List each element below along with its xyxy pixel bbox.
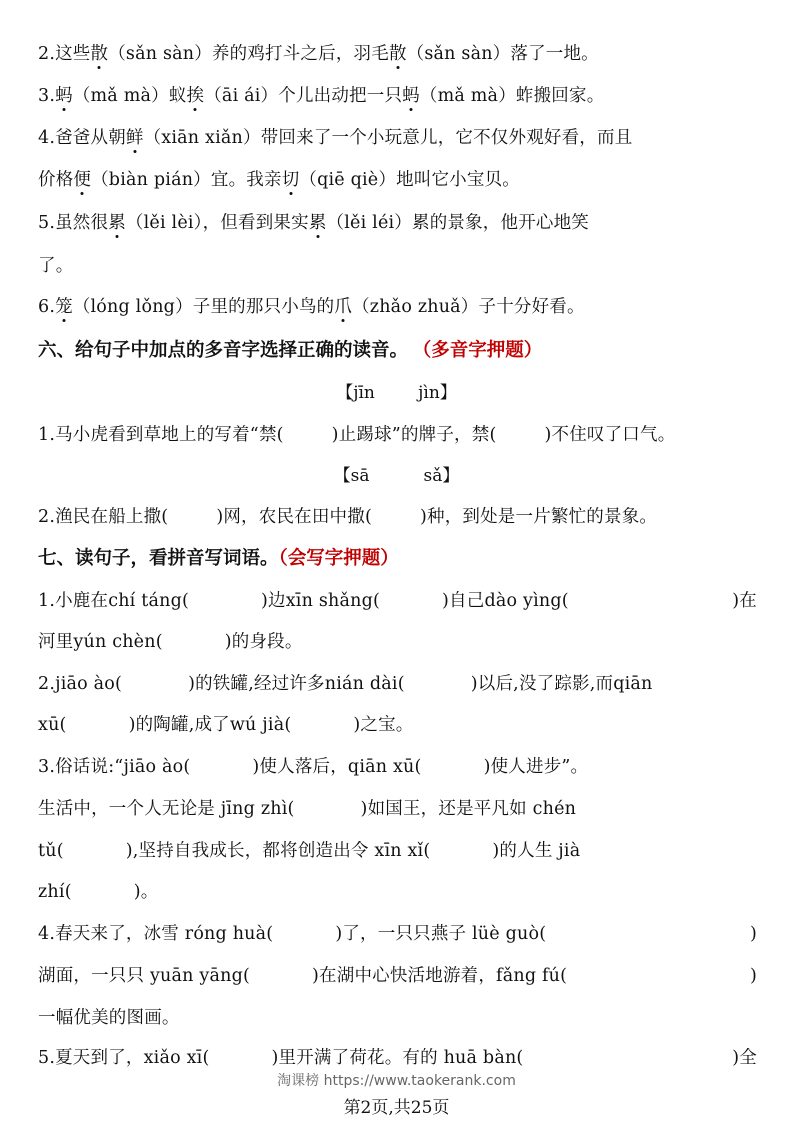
item-5-sentence-line2: 了。 <box>38 254 757 278</box>
text: 生活中，一个人无论是 jīng zhì( <box>38 799 295 819</box>
text: )不住叹了口气。 <box>544 425 675 445</box>
item-4-sentence-line2: 价格便（biàn pián）宜。我亲切（qiē qiè）地叫它小宝贝。 <box>38 168 757 192</box>
text: ) <box>750 964 757 988</box>
heading-text: 六、给句子中加点的多音字选择正确的读音。 <box>38 340 408 361</box>
text: 5.夏天到了，xiǎo xī( <box>38 1048 210 1068</box>
pinyin-options-jin: 【jīn jìn】 <box>0 381 793 405</box>
text: （lěi lèi），但看到果实 <box>126 213 309 233</box>
text: )之宝。 <box>353 715 413 735</box>
text: 2.渔民在船上撒( <box>38 507 168 527</box>
section-7-heading: 七、读句子，看拼音写词语。（会写字押题） <box>38 547 399 571</box>
page-number: 第2页,共25页 <box>0 1093 793 1118</box>
pinyin-options-sa: 【sā sǎ】 <box>0 464 793 488</box>
text: 湖面，一只只 yuān yāng( <box>38 966 250 986</box>
item-6-sentence: 6.笼（lóng lǒng）子里的那只小鸟的爪（zhǎo zhuǎ）子十分好看。 <box>38 295 757 319</box>
text: 河里yún chèn( <box>38 632 163 652</box>
item-5-sentence-line1: 5.虽然很累（lěi lèi），但看到果实累（lěi léi）累的景象，他开心地… <box>38 211 757 235</box>
text: （lóng lǒng）子里的那只小鸟的 <box>73 297 335 317</box>
text: )的陶罐,成了wú jià( <box>129 715 292 735</box>
section-6-heading: 六、给句子中加点的多音字选择正确的读音。（多音字押题） <box>38 339 542 363</box>
section-7-item-2-line1: 2.jiāo ào()的铁罐,经过许多nián dài()以后,没了踪影,而qi… <box>38 672 757 696</box>
text: )的身段。 <box>225 632 303 652</box>
section-7-item-1-line1: 1.小鹿在chí táng()边xīn shǎng()自己dào yìng( )… <box>38 589 757 613</box>
text: ),坚持自我成长，都将创造出令 xīn xǐ( <box>126 841 431 861</box>
text: （mǎ mà）蚱搬回家。 <box>420 86 605 106</box>
text: 2.jiāo ào( <box>38 674 122 694</box>
text: （zhǎo zhuǎ）子十分好看。 <box>352 297 585 317</box>
text: )网，农民在田中撒( <box>216 507 372 527</box>
text: zhí( <box>38 882 72 902</box>
text: 1.小鹿在chí táng( <box>38 591 189 611</box>
section-7-item-5-line1: 5.夏天到了，xiǎo xī()里开满了荷花。有的 huā bàn( )全 <box>38 1046 757 1070</box>
text: （lěi léi）累的景象，他开心地笑 <box>327 213 589 233</box>
section-7-item-2-line2: xū()的陶罐,成了wú jià()之宝。 <box>38 713 757 737</box>
text: （mǎ mà）蚁 <box>73 86 187 106</box>
text: ) <box>750 922 757 946</box>
dotted-char: 散 <box>91 44 109 64</box>
text: )以后,没了踪影,而qiān <box>471 674 653 694</box>
text: xū( <box>38 715 67 735</box>
text: )的铁罐,经过许多nián dài( <box>188 674 405 694</box>
dotted-char: 累 <box>108 213 126 233</box>
text: （qiē qiè）地叫它小宝贝。 <box>299 170 520 190</box>
item-3-sentence: 3.蚂（mǎ mà）蚁挨（āi ái）个儿出动把一只蚂（mǎ mà）蚱搬回家。 <box>38 84 757 108</box>
watermark-link[interactable]: 淘课榜 https://www.taokerank.com <box>0 1070 793 1090</box>
section-6-item-2: 2.渔民在船上撒()网，农民在田中撒()种，到处是一片繁忙的景象。 <box>38 505 757 529</box>
dotted-char: 便 <box>73 170 91 190</box>
text: )止踢球”的牌子，禁( <box>332 425 497 445</box>
section-7-item-3-line3: tǔ(),坚持自我成长，都将创造出令 xīn xǐ()的人生 jià <box>38 839 757 863</box>
section-7-item-3-line4: zhí()。 <box>38 880 757 904</box>
text: )里开满了荷花。有的 huā bàn( <box>272 1048 524 1068</box>
dotted-char: 笼 <box>55 297 73 317</box>
heading-text: 七、读句子，看拼音写词语。 <box>38 548 279 569</box>
dotted-char: 蚂 <box>402 86 420 106</box>
text: 5.虽然很 <box>38 213 108 233</box>
heading-tag: （多音字押题） <box>422 340 542 361</box>
text: tǔ( <box>38 841 64 861</box>
text: 3.俗话说:“jiāo ào( <box>38 757 190 777</box>
text: 6. <box>38 297 55 317</box>
heading-tag: （会写字押题） <box>279 548 399 569</box>
section-7-item-3-line2: 生活中，一个人无论是 jīng zhì()如国王，还是平凡如 chén <box>38 797 757 821</box>
dotted-char: 鲜 <box>126 128 144 148</box>
section-7-item-1-line2: 河里yún chèn()的身段。 <box>38 630 757 654</box>
section-7-item-4-line3: 一幅优美的图画。 <box>38 1006 757 1030</box>
text: )自己dào yìng( <box>442 591 569 611</box>
text: 3. <box>38 86 55 106</box>
text: )种，到处是一片繁忙的景象。 <box>420 507 657 527</box>
text: )全 <box>732 1046 757 1070</box>
text: )边xīn shǎng( <box>261 591 380 611</box>
text: （biàn pián）宜。我亲 <box>91 170 282 190</box>
section-7-item-4-line2: 湖面，一只只 yuān yāng()在湖中心快活地游着，fǎng fú( ) <box>38 964 757 988</box>
section-6-item-1: 1.马小虎看到草地上的写着“禁()止踢球”的牌子，禁()不住叹了口气。 <box>38 423 757 447</box>
dotted-char: 爪 <box>334 297 352 317</box>
text: 1.马小虎看到草地上的写着“禁( <box>38 425 284 445</box>
item-4-sentence-line1: 4.爸爸从朝鲜（xiān xiǎn）带回来了一个小玩意儿，它不仅外观好看，而且 <box>38 126 757 150</box>
dotted-char: 散 <box>389 44 407 64</box>
text: )在湖中心快活地游着，fǎng fú( <box>312 966 567 986</box>
text: )使人落后，qiān xū( <box>252 757 421 777</box>
section-7-item-4-line1: 4.春天来了，冰雪 róng huà()了，一只只燕子 lüè guò( ) <box>38 922 757 946</box>
item-2-sentence: 2.这些散（sǎn sàn）养的鸡打斗之后，羽毛散（sǎn sàn）落了一地。 <box>38 42 757 66</box>
text: )在 <box>732 589 757 613</box>
text: （sǎn sàn）养的鸡打斗之后，羽毛 <box>108 44 389 64</box>
text: （sǎn sàn）落了一地。 <box>407 44 599 64</box>
section-7-item-3-line1: 3.俗话说:“jiāo ào()使人落后，qiān xū()使人进步”。 <box>38 755 757 779</box>
text: （āi ái）个儿出动把一只 <box>204 86 402 106</box>
dotted-char: 累 <box>309 213 327 233</box>
text: （xiān xiǎn）带回来了一个小玩意儿，它不仅外观好看，而且 <box>144 128 633 148</box>
text: )。 <box>134 882 159 902</box>
text: 4.春天来了，冰雪 róng huà( <box>38 924 273 944</box>
text: 2.这些 <box>38 44 91 64</box>
text: )如国王，还是平凡如 chén <box>361 799 577 819</box>
text: )的人生 jià <box>492 841 580 861</box>
text: )使人进步”。 <box>484 757 589 777</box>
dotted-char: 切 <box>282 170 300 190</box>
text: )了，一只只燕子 lüè guò( <box>335 924 546 944</box>
text: 4.爸爸从朝 <box>38 128 126 148</box>
dotted-char: 蚂 <box>55 86 73 106</box>
text: 价格 <box>38 170 73 190</box>
dotted-char: 挨 <box>187 86 205 106</box>
